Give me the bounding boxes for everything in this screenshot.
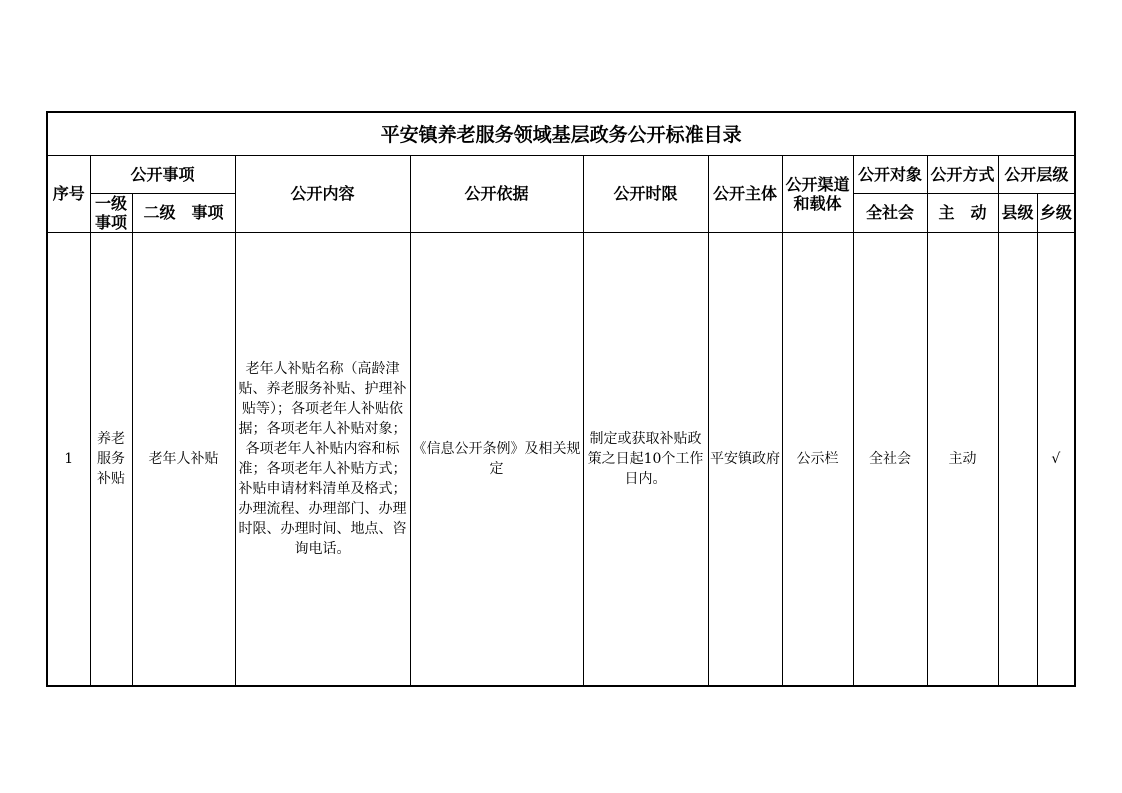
header-basis: 公开依据 [410, 155, 583, 232]
header-row-1: 序号 公开事项 公开内容 公开依据 公开时限 公开主体 公开渠道和载体 公开对象… [47, 155, 1075, 193]
table-title: 平安镇养老服务领域基层政务公开标准目录 [47, 112, 1075, 155]
document-page: 平安镇养老服务领域基层政务公开标准目录 序号 公开事项 公开内容 公开依据 公开… [0, 0, 1122, 793]
cell-level2-item: 老年人补贴 [132, 232, 235, 686]
cell-method: 主动 [927, 232, 998, 686]
header-method: 公开方式 [927, 155, 998, 193]
header-method-active: 主 动 [927, 193, 998, 232]
title-row: 平安镇养老服务领域基层政务公开标准目录 [47, 112, 1075, 155]
header-seq: 序号 [47, 155, 90, 232]
header-level2-item: 二级 事项 [132, 193, 235, 232]
cell-level1-item: 养老服务补贴 [90, 232, 132, 686]
table-sheet: 平安镇养老服务领域基层政务公开标准目录 序号 公开事项 公开内容 公开依据 公开… [46, 111, 1076, 687]
cell-township-mark: √ [1037, 232, 1075, 686]
cell-target: 全社会 [853, 232, 927, 686]
cell-time-limit: 制定或获取补贴政策之日起10个工作日内。 [583, 232, 708, 686]
header-content: 公开内容 [235, 155, 410, 232]
header-level: 公开层级 [998, 155, 1075, 193]
cell-content: 老年人补贴名称（高龄津贴、养老服务补贴、护理补贴等）；各项老年人补贴依据；各项老… [235, 232, 410, 686]
cell-seq: 1 [47, 232, 90, 686]
header-target-all-society: 全社会 [853, 193, 927, 232]
header-township: 乡级 [1037, 193, 1075, 232]
cell-subject: 平安镇政府 [708, 232, 782, 686]
cell-county-mark [998, 232, 1037, 686]
header-subject: 公开主体 [708, 155, 782, 232]
cell-channel-carrier: 公示栏 [782, 232, 853, 686]
header-level1-item: 一级事项 [90, 193, 132, 232]
header-disclosure-items: 公开事项 [90, 155, 235, 193]
header-time-limit: 公开时限 [583, 155, 708, 232]
header-channel-carrier: 公开渠道和载体 [782, 155, 853, 232]
header-county: 县级 [998, 193, 1037, 232]
header-target: 公开对象 [853, 155, 927, 193]
cell-basis: 《信息公开条例》及相关规定 [410, 232, 583, 686]
disclosure-standard-table: 平安镇养老服务领域基层政务公开标准目录 序号 公开事项 公开内容 公开依据 公开… [46, 111, 1076, 687]
table-row: 1 养老服务补贴 老年人补贴 老年人补贴名称（高龄津贴、养老服务补贴、护理补贴等… [47, 232, 1075, 686]
